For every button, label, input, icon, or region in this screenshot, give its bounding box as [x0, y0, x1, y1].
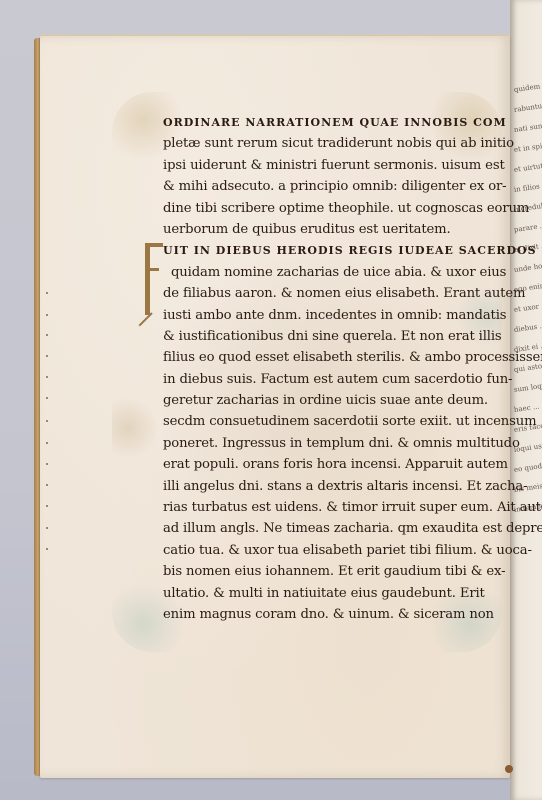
initial-f-stem: [145, 243, 150, 315]
text-line: quidam nomine zacharias de uice abia. & …: [163, 262, 503, 283]
text-line: illi angelus dni. stans a dextris altari…: [163, 476, 503, 497]
text-line: ipsi uiderunt & ministri fuerunt sermoni…: [163, 155, 503, 176]
text-line: UIT IN DIEBUS HERODIS REGIS IUDEAE SACER…: [163, 240, 503, 261]
text-line: catio tua. & uxor tua elisabeth pariet t…: [163, 540, 503, 561]
text-line: ORDINARE NARRATIONEM QUAE INNOBIS COM: [163, 112, 503, 133]
text-line: & mihi adsecuto. a principio omnib: dili…: [163, 176, 503, 197]
initial-f-bar-top: [145, 243, 163, 247]
pricking-marks: [46, 292, 54, 712]
text-line: secdm consuetudinem sacerdotii sorte exi…: [163, 411, 503, 432]
text-line: in diebus suis. Factum est autem cum sac…: [163, 369, 503, 390]
text-line: pletæ sunt rerum sicut tradiderunt nobis…: [163, 133, 503, 154]
text-line: uerborum de quibus eruditus est ueritate…: [163, 219, 503, 240]
initial-f-bar-mid: [145, 268, 159, 271]
text-line: & iustificationibus dni sine querela. Et…: [163, 326, 503, 347]
text-line: geretur zacharias in ordine uicis suae a…: [163, 390, 503, 411]
text-line: ultatio. & multi in natiuitate eius gaud…: [163, 583, 503, 604]
text-line: filius eo quod esset elisabeth sterilis.…: [163, 347, 503, 368]
text-line: dine tibi scribere optime theophile. ut …: [163, 198, 503, 219]
text-line: bis nomen eius iohannem. Et erit gaudium…: [163, 561, 503, 582]
text-line: de filiabus aaron. & nomen eius elisabet…: [163, 283, 503, 304]
text-line: erat populi. orans foris hora incensi. A…: [163, 454, 503, 475]
text-line: poneret. Ingressus in templum dni. & omn…: [163, 433, 503, 454]
wax-stain: [505, 765, 513, 773]
text-line: iusti ambo ante dnm. incedentes in omnib…: [163, 305, 503, 326]
text-line: enim magnus coram dno. & uinum. & sicera…: [163, 604, 503, 625]
text-line: ad illum angls. Ne timeas zacharia. qm e…: [163, 518, 503, 539]
text-line: rias turbatus est uidens. & timor irruit…: [163, 497, 503, 518]
manuscript-text: ORDINARE NARRATIONEM QUAE INNOBIS COM pl…: [163, 112, 503, 625]
